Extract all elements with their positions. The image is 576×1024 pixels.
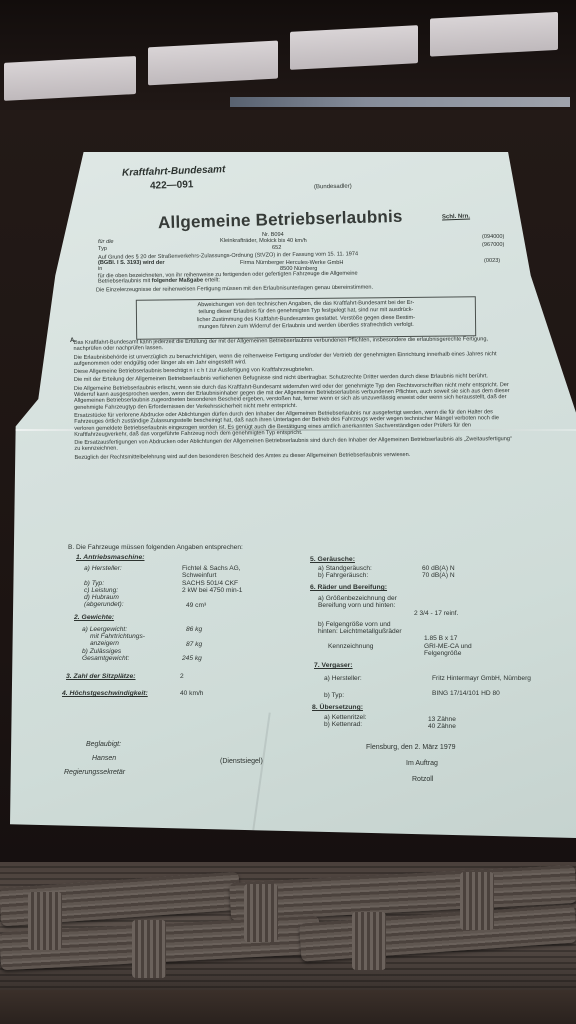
seats-heading: 3. Zahl der Sitzplätze: xyxy=(66,673,136,680)
signatory: Rotzoll xyxy=(412,776,433,783)
marking-value: GRI-ME-CA und Felgengröße xyxy=(424,643,494,658)
on-behalf: Im Auftrag xyxy=(406,760,438,767)
noise-heading: 5. Geräusche: xyxy=(310,556,355,563)
engine-power-value: 2 kW bei 4750 min-1 xyxy=(182,587,242,594)
key-numbers-label: Schl. Nrn. xyxy=(442,214,470,221)
engine-maker-label: a) Hersteller: xyxy=(84,565,122,572)
floor xyxy=(0,990,576,1024)
window-pane xyxy=(290,25,418,70)
section-a-text: Das Kraftfahrt-Bundesamt kann jederzeit … xyxy=(73,336,518,463)
gross-weight-label: b) Zulässiges Gesamtgewicht: xyxy=(82,648,162,663)
vehicle-class-key: (094000) xyxy=(482,234,504,241)
engine-maker-value: Fichtel & Sachs AG, Schweinfurt xyxy=(182,565,272,580)
window-pane xyxy=(148,41,278,86)
gross-weight-value: 245 kg xyxy=(182,655,202,662)
chainwheel-label: b) Kettenrad: xyxy=(324,721,362,728)
rim-size-value: 1.85 B x 17 xyxy=(424,635,457,642)
conformity-text: Die Einzelerzeugnisse der reihenweisen F… xyxy=(96,285,373,295)
type-key: (967000) xyxy=(482,242,504,249)
indicator-weight-label: mit Fahrtrichtungs-anzeigern xyxy=(90,633,160,648)
authority-number: 422—091 xyxy=(150,179,194,192)
type-value: 652 xyxy=(272,245,281,252)
rim-size-label: b) Felgengröße vorn und hinten: Leichtme… xyxy=(318,621,412,636)
certified-title: Regierungssekretär xyxy=(64,769,125,776)
in-label: in xyxy=(98,266,102,273)
grant-text-line2: Betriebserlaubnis mit folgender Maßgabe … xyxy=(98,277,220,285)
notice-box: Abweichungen von den technischen Angaben… xyxy=(136,296,476,340)
place-date: Flensburg, den 2. März 1979 xyxy=(366,744,456,751)
paper-crease xyxy=(251,712,271,837)
vehicle-class: Kleinkrafträder, Mokick bis 40 km/h xyxy=(220,238,307,245)
authority-name: Kraftfahrt-Bundesamt xyxy=(122,164,226,179)
weights-heading: 2. Gewichte: xyxy=(74,614,114,621)
approval-document: Kraftfahrt-Bundesamt 422—091 (Bundesadle… xyxy=(10,152,576,838)
indicator-weight-value: 87 kg xyxy=(186,641,202,648)
company-key: (0023) xyxy=(484,258,500,265)
tyre-size-label: a) Größenbezeichnung der Bereifung vorn … xyxy=(318,595,402,610)
gearing-heading: 8. Übersetzung: xyxy=(312,704,363,711)
top-speed-value: 40 km/h xyxy=(180,690,203,697)
marking-label: Kennzeichnung xyxy=(328,643,373,650)
engine-displacement-value: 49 cm³ xyxy=(186,602,206,609)
driving-noise-value: 70 dB(A) N xyxy=(422,572,455,579)
carburetor-heading: 7. Vergaser: xyxy=(314,662,353,669)
chainwheel-value: 40 Zähne xyxy=(428,723,456,730)
emblem-placeholder: (Bundesadler) xyxy=(314,184,352,191)
certified-label: Beglaubigt: xyxy=(86,741,121,748)
window-pane xyxy=(430,12,558,57)
window-reflection xyxy=(230,97,570,107)
carburetor-maker-value: Fritz Hintermayr GmbH, Nürnberg xyxy=(432,675,542,682)
certified-name: Hansen xyxy=(92,755,116,762)
window-frame xyxy=(0,0,576,89)
window-pane xyxy=(4,56,136,101)
seats-value: 2 xyxy=(180,673,184,680)
official-seal: (Dienstsiegel) xyxy=(220,758,263,765)
section-b-intro: B. Die Fahrzeuge müssen folgenden Angabe… xyxy=(68,544,243,551)
document-title: Allgemeine Betriebserlaubnis xyxy=(158,207,403,233)
carburetor-type-value: BING 17/14/101 HD 80 xyxy=(432,690,500,697)
carburetor-maker-label: a) Hersteller: xyxy=(324,675,362,682)
type-label: Typ xyxy=(98,246,107,253)
carburetor-type-label: b) Typ: xyxy=(324,692,344,699)
for-label: für die xyxy=(98,239,114,246)
bgbl-reference: (BGBl. I S. 3193) wird der xyxy=(98,260,165,267)
wheels-heading: 6. Räder und Bereifung: xyxy=(310,584,387,591)
empty-weight-value: 86 kg xyxy=(186,626,202,633)
engine-displacement-label: d) Hubraum (abgerundet): xyxy=(84,594,154,609)
driving-noise-label: b) Fahrgeräusch: xyxy=(318,572,368,579)
top-speed-heading: 4. Höchstgeschwindigkeit: xyxy=(62,690,148,697)
engine-heading: 1. Antriebsmaschine: xyxy=(76,554,145,561)
tyre-size-value: 2 3/4 - 17 reinf. xyxy=(414,610,458,617)
